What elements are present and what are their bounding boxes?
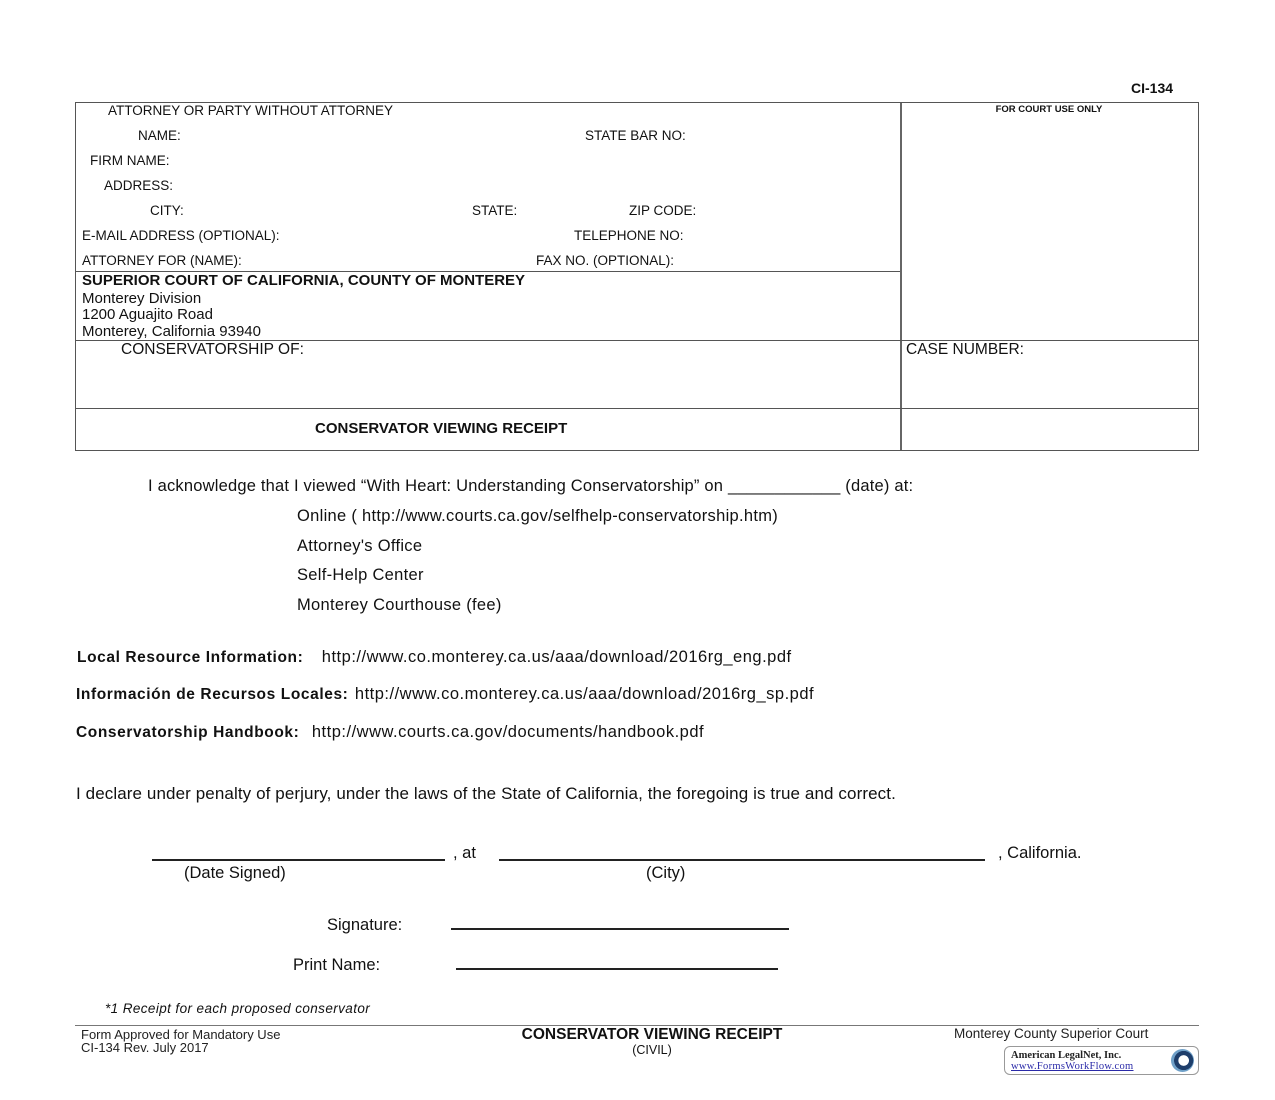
resource-label: Local Resource Information: [77, 649, 303, 666]
option-self-help-center[interactable]: Self-Help Center [297, 566, 424, 585]
city-label: (City) [646, 864, 685, 883]
court-street: 1200 Aguajito Road [82, 306, 213, 323]
print-name-line[interactable] [456, 968, 778, 970]
city-field[interactable]: CITY: [150, 203, 184, 218]
globe-logo-icon [1171, 1049, 1194, 1072]
declaration-text: I declare under penalty of perjury, unde… [76, 784, 896, 804]
badge-link[interactable]: www.FormsWorkFlow.com [1011, 1061, 1134, 1072]
attorney-heading: ATTORNEY OR PARTY WITHOUT ATTORNEY [108, 103, 393, 118]
address-field[interactable]: ADDRESS: [104, 178, 173, 193]
at-text: , at [453, 844, 476, 863]
resource-handbook: Conservatorship Handbook: http://www.cou… [76, 723, 704, 742]
document-title: CONSERVATOR VIEWING RECEIPT [315, 420, 567, 437]
zip-code-field[interactable]: ZIP CODE: [629, 203, 696, 218]
resource-label: Información de Recursos Locales: [76, 686, 348, 703]
form-id: CI-134 [1131, 80, 1173, 96]
badge-company: American LegalNet, Inc. [1011, 1050, 1121, 1061]
footer-title: CONSERVATOR VIEWING RECEIPT [452, 1026, 852, 1044]
court-division: Monterey Division [82, 290, 201, 307]
telephone-field[interactable]: TELEPHONE NO: [574, 228, 684, 243]
attorney-for-field[interactable]: ATTORNEY FOR (NAME): [82, 253, 242, 268]
court-name: SUPERIOR COURT OF CALIFORNIA, COUNTY OF … [82, 272, 525, 289]
footer-civil: (CIVIL) [452, 1043, 852, 1057]
option-monterey-courthouse[interactable]: Monterey Courthouse (fee) [297, 596, 502, 615]
conservatorship-of-field[interactable]: CONSERVATORSHIP OF: [121, 341, 304, 359]
fax-field[interactable]: FAX NO. (OPTIONAL): [536, 253, 674, 268]
court-city: Monterey, California 93940 [82, 323, 261, 340]
date-signed-line[interactable] [152, 859, 445, 861]
footer-court: Monterey County Superior Court [954, 1026, 1148, 1041]
state-field[interactable]: STATE: [472, 203, 517, 218]
american-legalnet-badge[interactable]: American LegalNet, Inc. www.FormsWorkFlo… [1004, 1046, 1199, 1075]
resource-spanish: Información de Recursos Locales: http://… [76, 685, 814, 704]
resource-link[interactable]: http://www.co.monterey.ca.us/aaa/downloa… [322, 648, 792, 666]
print-name-label: Print Name: [293, 956, 380, 975]
resource-link[interactable]: http://www.courts.ca.gov/documents/handb… [312, 723, 704, 741]
signature-label: Signature: [327, 916, 402, 935]
option-online[interactable]: Online ( http://www.courts.ca.gov/selfhe… [297, 507, 778, 526]
state-bar-field[interactable]: STATE BAR NO: [585, 128, 686, 143]
case-number-field[interactable]: CASE NUMBER: [906, 341, 1024, 359]
footer-revision: CI-134 Rev. July 2017 [81, 1041, 209, 1054]
signature-line[interactable] [451, 928, 789, 930]
column-divider [900, 103, 902, 450]
california-text: , California. [998, 844, 1081, 863]
name-field[interactable]: NAME: [138, 128, 181, 143]
acknowledgement-text: I acknowledge that I viewed “With Heart:… [148, 477, 913, 496]
row-divider [76, 408, 1198, 409]
resource-local: Local Resource Information: http://www.c… [77, 648, 792, 667]
court-use-only-label: FOR COURT USE ONLY [904, 104, 1194, 115]
city-line[interactable] [499, 859, 985, 861]
email-field[interactable]: E-MAIL ADDRESS (OPTIONAL): [82, 228, 280, 243]
firm-name-field[interactable]: FIRM NAME: [90, 153, 170, 168]
resource-label: Conservatorship Handbook: [76, 724, 299, 741]
date-signed-label: (Date Signed) [184, 864, 286, 883]
resource-link[interactable]: http://www.co.monterey.ca.us/aaa/downloa… [355, 685, 814, 703]
footnote: *1 Receipt for each proposed conservator [105, 1001, 370, 1016]
option-attorney-office[interactable]: Attorney's Office [297, 537, 422, 556]
